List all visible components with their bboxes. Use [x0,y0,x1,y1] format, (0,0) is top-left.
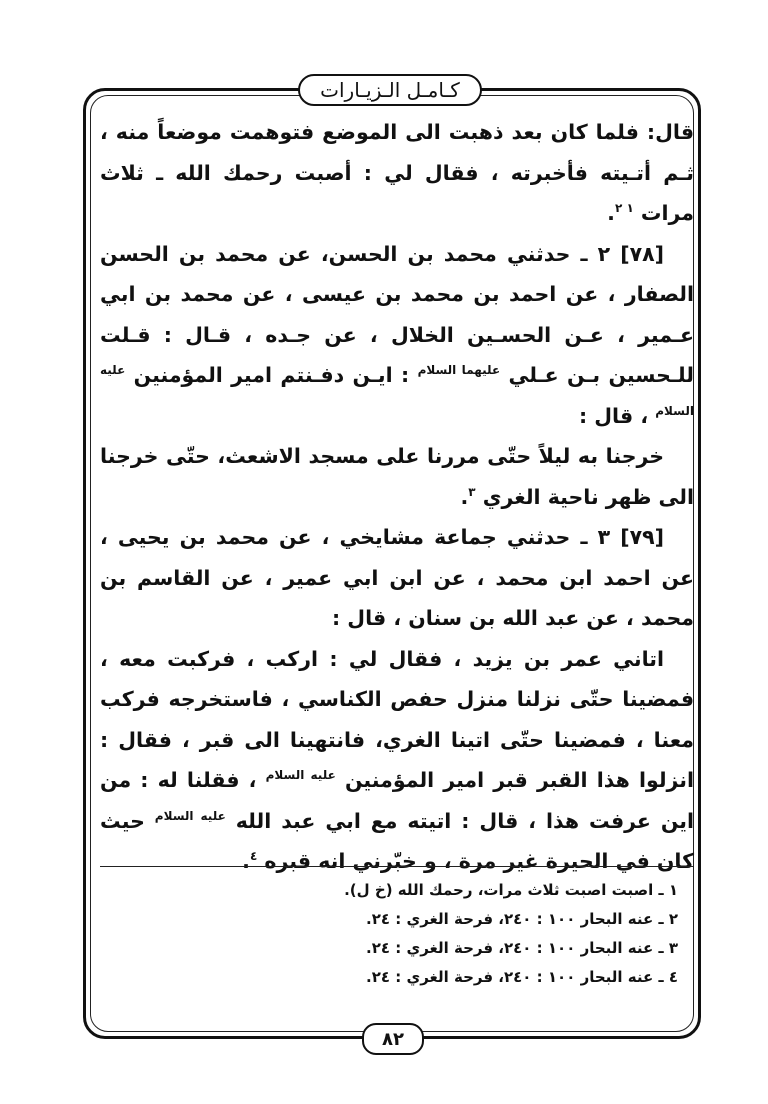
hadith-number: [٧٨] ٢ ـ [580,242,664,266]
hadith-paragraph: [٧٩] ٣ ـ حدثني جماعة مشايخي ، عن محمد بن… [100,517,694,639]
footnote-3: ٣ ـ عنه البحار ١٠٠ : ٢٤٠، فرحة الغري : ٢… [258,934,678,963]
paragraph-text: خرجنا به ليلاً حتّى مررنا على مسجد الاشع… [100,444,694,509]
footnote-ref[interactable]: ٤ [250,849,257,863]
footnote-ref[interactable]: ١ ٢ [615,201,634,215]
footnotes: ١ ـ اصبت اصبت ثلاث مرات، رحمك الله (خ ل)… [258,876,678,992]
hadith-number: [٧٩] ٣ ـ [580,525,664,549]
footnote-1: ١ ـ اصبت اصبت ثلاث مرات، رحمك الله (خ ل)… [258,876,678,905]
paragraph: خرجنا به ليلاً حتّى مررنا على مسجد الاشع… [100,436,694,517]
hadith-paragraph: [٧٨] ٢ ـ حدثني محمد بن الحسن، عن محمد بن… [100,234,694,437]
punctuation: . [242,849,250,873]
paragraph-text: قال: فلما كان بعد ذهبت الى الموضع فتوهمت… [100,120,694,225]
footnote-2: ٢ ـ عنه البحار ١٠٠ : ٢٤٠، فرحة الغري : ٢… [258,905,678,934]
punctuation: . [607,201,615,225]
footnote-separator [100,866,693,867]
running-title: كـامـل الـزيـارات [320,78,460,102]
footnote-4: ٤ ـ عنه البحار ١٠٠ : ٢٤٠، فرحة الغري : ٢… [258,963,678,992]
paragraph-text: ، قال : [579,404,648,428]
honorific-glyph: عليه السلام [155,809,226,823]
running-title-badge: كـامـل الـزيـارات [298,74,482,106]
page-number-badge: ٨٢ [362,1023,424,1055]
paragraph-text: : ايـن دفـنتم امير المؤمنين [134,363,410,387]
honorific-glyph: عليه السلام [266,768,336,782]
honorific-glyph: عليهما السلام [418,363,501,377]
page-number: ٨٢ [382,1029,404,1050]
paragraph: قال: فلما كان بعد ذهبت الى الموضع فتوهمت… [100,112,694,234]
main-text: قال: فلما كان بعد ذهبت الى الموضع فتوهمت… [100,112,694,882]
paragraph: اتاني عمر بن يزيد ، فقال لي : اركب ، فرك… [100,639,694,882]
footnote-ref[interactable]: ٣ [468,485,475,499]
